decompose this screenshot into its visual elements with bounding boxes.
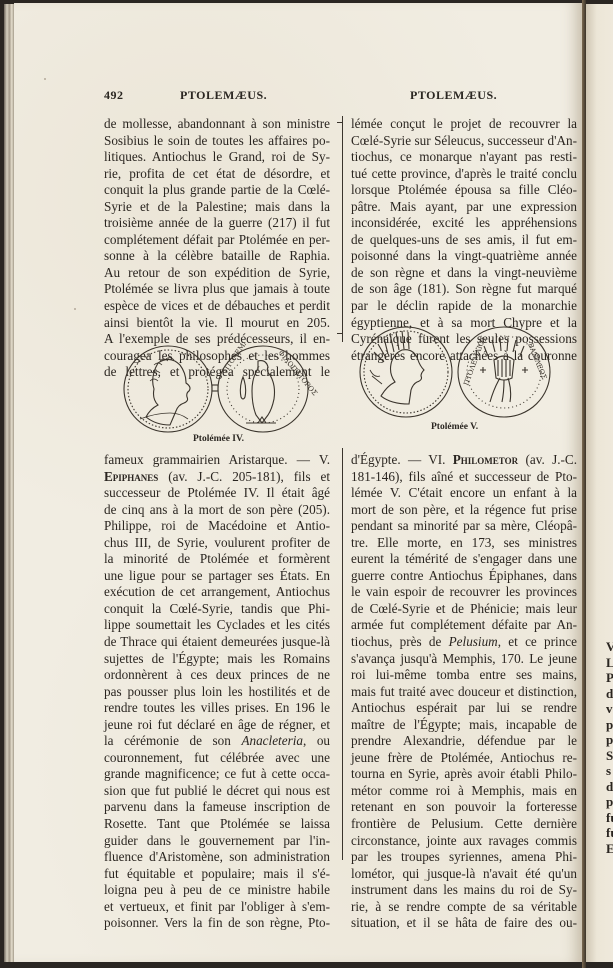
facing-page-edge: V L P d v p p S s d p fu fu E	[586, 4, 613, 962]
text-line: tiochus, ce monarque n'ayant pas resti-	[351, 149, 577, 166]
text-line: mort de son père, et la régence fut pris…	[351, 502, 577, 519]
page-number: 492	[104, 88, 124, 103]
text-line: s'avança jusqu'à Memphis, 170. Le jeune	[351, 651, 577, 668]
svg-text:ΒΑΣΙΛΕΩΣ: ΒΑΣΙΛΕΩΣ	[526, 342, 548, 381]
text-line: tiochus, près de Pelusium, et ce prince	[351, 634, 577, 651]
text-line: conquit la Cœlé-Syrie, tandis que Phi-	[104, 601, 330, 618]
svg-text:ΦΙΛΟΠΑΤΟΡΟΣ: ΦΙΛΟΠΑΤΟΡΟΣ	[276, 349, 318, 397]
text-line: tué cette province, d'après le traité co…	[351, 166, 577, 183]
text-line: le vain espoir de recouvrer les province…	[351, 584, 577, 601]
column-rule-tick	[337, 122, 343, 123]
figure-caption-ptolemy-v: Ptolémée V.	[431, 422, 478, 432]
text-line: chus III, de Syrie, voulurent profiter d…	[104, 535, 330, 552]
svg-text:ΠΤΟΛΕΜΑΙΟΥ: ΠΤΟΛΕΜΑΙΟΥ	[462, 335, 487, 387]
text-line: fut équitable et populaire; mais il s'é-	[104, 866, 330, 883]
text-line: et vertueux, et finit par l'obliger à s'…	[104, 899, 330, 916]
text-line: une ligue pour se partager ses États. En	[104, 568, 330, 585]
text-line: Au retour de son expédition de Syrie,	[104, 265, 330, 282]
text-column-left-bottom: fameux grammairien Aristarque. — V. Epip…	[104, 452, 330, 932]
text-line: circonstance, jointe aux ravages commis	[351, 833, 577, 850]
coin-figure-ptolemy-v: ΠΤΟΛΕΜΑΙΟΥ ΒΑΣΙΛΕΩΣ	[356, 322, 556, 422]
text-line: situation, et il se hâta de faire des ou…	[351, 915, 577, 932]
coin-figure-ptolemy-iv: ΠΤΟΛΕΜΑΙΟΥ ΦΙΛΟΠΑΤΟΡΟΣ	[118, 343, 318, 435]
text-line: de Thrace qui étaient demeurées jusque-l…	[104, 634, 330, 651]
text-line: guerre contre Antiochus Épiphanes, dans	[351, 568, 577, 585]
figure-caption-ptolemy-iv: Ptolémée IV.	[193, 434, 244, 444]
text-line: espèce de vices et de débauches et perdi…	[104, 298, 330, 315]
text-line: mais fut traité avec douceur et distinct…	[351, 684, 577, 701]
text-line: Philippe, roi de Macédoine et Antio-	[104, 518, 330, 535]
coin-illustration-icon: ΠΤΟΛΕΜΑΙΟΥ ΦΙΛΟΠΑΤΟΡΟΣ	[118, 343, 318, 435]
text-line: ainsi bientôt la vie. Il mourut en 205.	[104, 315, 330, 332]
text-line: sujettes de l'Égypte; mais les Romains	[104, 651, 330, 668]
text-line: instrument dans les mains du roi de Sy-	[351, 882, 577, 899]
text-line: 181-146), fils aîné et successeur de Pto…	[351, 469, 577, 486]
text-line: sonne à la célèbre bataille de Raphia.	[104, 248, 330, 265]
column-rule-top	[342, 116, 343, 342]
text-line: pas pousser plus loin les hostilités et …	[104, 684, 330, 701]
text-line: poisonné dans la vingt-quatrième année	[351, 248, 577, 265]
text-line: métor comme roi à Memphis, mais en	[351, 783, 577, 800]
text-line: Epiphanes (av. J.-C. 205-181), fils et	[104, 469, 330, 486]
text-fragment: (av. J.-C.	[518, 452, 577, 467]
text-line: couronnement, fut célébrée avec une	[104, 750, 330, 767]
column-rule-bottom	[342, 448, 343, 860]
text-line: litiques. Antiochus le Grand, roi de Sy-	[104, 149, 330, 166]
text-line: rie, profita de cet état de désordre, et	[104, 166, 330, 183]
text-line: la cérémonie de son Anacleteria, ou	[104, 733, 330, 750]
text-line: Syrie et de la Palestine; mais dans la	[104, 199, 330, 216]
text-line: Ptolémée se livra plus que jamais à tout…	[104, 281, 330, 298]
text-line: lippe soumettait les Cyclades et les cit…	[104, 617, 330, 634]
text-line: jeune frère de Ptolémée, Antiochus re-	[351, 750, 577, 767]
text-line: de son règne et dans la vingt-neuvième	[351, 265, 577, 282]
running-head-right: PTOLEMÆUS.	[410, 88, 497, 103]
text-line: de cinq ans à la mort de son père (205).	[104, 502, 330, 519]
place-pelusium: Pelusium	[449, 634, 498, 649]
text-line: de son âge (181). Son règne fut marqué	[351, 281, 577, 298]
text-line: complétement défait par Ptolémée en per-	[104, 232, 330, 249]
text-line: frontière de Pelusium. Cette dernière	[351, 816, 577, 833]
text-line: exécution de cet arrangement, Antiochus	[104, 584, 330, 601]
text-line: Sosibius le soin de toutes les affaires …	[104, 133, 330, 150]
text-line: par les troupes syriennes, amena Phi-	[351, 849, 577, 866]
text-line: lorsque Ptolémée épousa sa fille Cléo-	[351, 182, 577, 199]
text-line: maître de l'Égypte; mais, incapable de	[351, 717, 577, 734]
text-line: rendre toutes les villes prises. En 196 …	[104, 700, 330, 717]
text-line: grande magnificence; ce fut à cette occa…	[104, 766, 330, 783]
text-line: pendant sa minorité par sa mère, Cléopâ-	[351, 518, 577, 535]
text-line: fameux grammairien Aristarque. — V.	[104, 452, 330, 469]
text-line: armée fut complétement défaite par An-	[351, 617, 577, 634]
text-fragment: tiochus, près de	[351, 634, 449, 649]
text-line: rie, à se rendre compte de sa véritable	[351, 899, 577, 916]
text-line: loigna peu à peu de ce ministre habile	[104, 882, 330, 899]
text-line: roi lui-même tomba entre ses mains,	[351, 667, 577, 684]
text-line: lémée V. C'était encore un enfant à la	[351, 485, 577, 502]
text-line: lométor, qui jusque-là n'avait été qu'un	[351, 866, 577, 883]
text-line: tourna en Syrie, après avoir établi Phil…	[351, 766, 577, 783]
text-line: Antiochus espérait par lui se rendre	[351, 700, 577, 717]
text-line: inconsidérée, excité les appréhensions	[351, 215, 577, 232]
text-line: d'Égypte. — VI. Philometor (av. J.-C.	[351, 452, 577, 469]
term-anacleteria: Anacleteria	[241, 733, 303, 748]
text-line: de mollesse, abandonnant à son ministre	[104, 116, 330, 133]
text-line: lémée conçut le projet de recouvrer la	[351, 116, 577, 133]
text-line: pâtre. Mais ayant, par une expression	[351, 199, 577, 216]
text-line: troisième année de la guerre (217) il fu…	[104, 215, 330, 232]
text-line: successeur de Ptolémée IV. Il était âgé	[104, 485, 330, 502]
text-line: la minorité de Ptolémée et formèrent	[104, 551, 330, 568]
text-line: Cœlé-Syrie sur Séleucus, successeur d'An…	[351, 133, 577, 150]
text-line: sion que fut publié le décret qui nous e…	[104, 783, 330, 800]
text-line: guider dans le gouvernement par l'in-	[104, 833, 330, 850]
facing-page-text-fragment: V L P d v p p S s d p fu fu E	[606, 639, 613, 856]
text-line: ordonnèrent à ces deux princes de ne	[104, 667, 330, 684]
text-line: de quelques-uns de ses amis, il fut em-	[351, 232, 577, 249]
running-head-left: PTOLEMÆUS.	[180, 88, 267, 103]
text-fragment: , et ce prince	[498, 634, 577, 649]
column-rule-tick	[337, 333, 343, 334]
coin-illustration-icon: ΠΤΟΛΕΜΑΙΟΥ ΒΑΣΙΛΕΩΣ	[356, 322, 556, 422]
text-column-right-bottom: d'Égypte. — VI. Philometor (av. J.-C. 18…	[351, 452, 577, 932]
text-line: prendre Alexandrie, défendue par le	[351, 733, 577, 750]
text-fragment: , ou	[303, 733, 330, 748]
text-line: jeune roi fut déclaré en âge de régner, …	[104, 717, 330, 734]
text-line: eurent la témérité de s'engager dans une	[351, 551, 577, 568]
ruler-name-philometor: Philometor	[453, 452, 518, 467]
text-line: fluence d'Aristomène, son administration	[104, 849, 330, 866]
text-line: par le déclin rapide de la monarchie	[351, 298, 577, 315]
text-line: retenant en son pouvoir la forteresse	[351, 799, 577, 816]
text-line: parvenu dans la fameuse inscription de	[104, 799, 330, 816]
text-line: conquit la plus grande partie de la Cœlé…	[104, 182, 330, 199]
text-line: tre. Elle morte, en 173, ses ministres	[351, 535, 577, 552]
text-line: poisonner. Vers la fin de son règne, Pto…	[104, 915, 330, 932]
ruler-name-epiphanes: Epiphanes	[104, 469, 158, 484]
text-fragment: d'Égypte. — VI.	[351, 452, 453, 467]
text-fragment: la cérémonie de son	[104, 733, 241, 748]
text-line: de Cœlé-Syrie et de Phénicie; mais leur	[351, 601, 577, 618]
text-column-left-top: de mollesse, abandonnant à son ministreS…	[104, 116, 330, 381]
text-line: Rosette. Tant que Ptolémée se laissa	[104, 816, 330, 833]
text-fragment: (av. J.-C. 205-181), fils et	[158, 469, 330, 484]
